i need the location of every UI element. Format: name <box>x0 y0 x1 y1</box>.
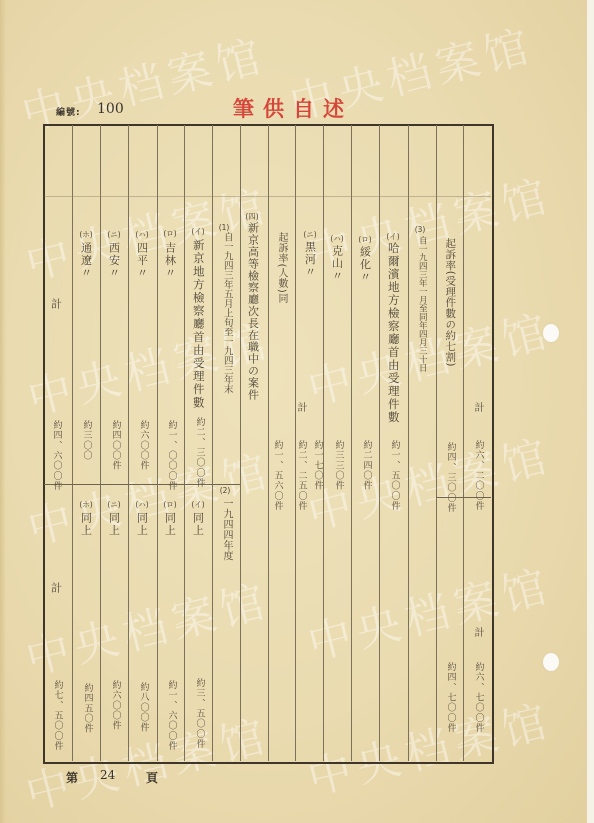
period-1943-may-marker: (1) <box>219 223 230 232</box>
column-line <box>436 125 437 761</box>
harbin-group-total-count: 約二、二五〇件 <box>297 440 306 511</box>
lower-xian-label: 同上 <box>109 512 120 537</box>
upper-total-count: 約四、六〇〇件 <box>52 420 61 491</box>
column-line <box>100 125 101 761</box>
xinjing-high-court-label: 新京高等檢察廳次長在職中の案件 <box>248 222 259 401</box>
upper-heihe-count: 約一七〇件 <box>313 440 322 491</box>
lower-xinjing-count: 約三、五〇〇件 <box>195 678 204 749</box>
period-1943-jan-label: 自一九四三年一月至同年四月三十日 <box>418 236 427 372</box>
upper-jilin-count: 約一、〇〇〇件 <box>167 420 176 491</box>
document-page: 中央档案馆 中央档案馆 中央档案馆 中央档案馆 中央档案馆 中央档案馆 中央档案… <box>0 0 587 823</box>
punch-hole <box>543 324 559 342</box>
lower-tongliao-count: 約四五〇件 <box>83 683 92 734</box>
upper-heihe-label: 黒河〃 <box>305 241 316 279</box>
serial-label: 編號: <box>56 105 81 118</box>
punch-hole <box>543 653 559 671</box>
upper-suihua-marker: (ロ) <box>358 234 371 245</box>
lower-xian-count: 約六〇〇件 <box>111 680 120 731</box>
upper-tongliao-count: 約三〇〇 <box>82 420 91 461</box>
page-number: 24 <box>100 768 115 782</box>
prosecution-rate-count: 約一、五六〇件 <box>273 440 282 511</box>
lower-right-total-count: 約六、七〇〇件 <box>474 662 483 733</box>
upper-keshan-count: 約三三〇件 <box>334 440 343 491</box>
paper-edge <box>0 0 6 823</box>
upper-keshan-label: 克山〃 <box>332 245 343 283</box>
period-1943-may-label: 自一九四三年五月上旬至一九四三年末 <box>222 232 232 394</box>
upper-siping-label: 四平〃 <box>137 242 148 280</box>
upper-right-total-count: 約六、二〇〇件 <box>474 440 483 511</box>
upper-heihe-marker: (ニ) <box>303 229 316 240</box>
upper-suihua-label: 綏化〃 <box>360 246 371 284</box>
lower-xian-marker: (ニ) <box>107 499 120 510</box>
column-line <box>157 125 158 761</box>
document-title: 筆供自述 <box>233 93 353 123</box>
harbin-district-count: 約一、五〇〇件 <box>390 440 399 511</box>
column-line <box>240 125 241 761</box>
lower-right-total-label: 計 <box>472 627 482 639</box>
harbin-district-label: 哈爾濱地方檢察廳首由受理件數 <box>387 242 399 424</box>
upper-jilin-marker: (ロ) <box>163 228 176 239</box>
lower-jilin-marker: (ロ) <box>163 499 176 510</box>
lower-tongliao-marker: (ホ) <box>79 499 92 510</box>
period-1944-marker: (2) <box>220 486 231 495</box>
column-line <box>212 125 213 761</box>
prosecution-rate-70-label: 起訴率(受理件數の約七割) <box>445 238 456 367</box>
column-line <box>351 125 352 761</box>
lower-jilin-count: 約一、六〇〇件 <box>167 680 176 751</box>
xinjing-high-court-marker: (四) <box>245 211 258 222</box>
upper-tongliao-marker: (ホ) <box>79 229 92 240</box>
lower-tongliao-label: 同上 <box>81 512 92 537</box>
period-1943-jan-marker: (3) <box>415 225 426 234</box>
lower-xinjing-label: 同上 <box>193 512 204 537</box>
lower-siping-label: 同上 <box>137 512 148 537</box>
harbin-group-total-label: 計 <box>295 402 305 414</box>
upper-right-total-label: 計 <box>472 402 482 414</box>
lower-siping-marker: (ハ) <box>135 499 148 510</box>
upper-suihua-count: 約二四〇件 <box>362 440 371 491</box>
lower-total-label: 計 <box>51 582 62 595</box>
period-1944-label: 一九四四年度 <box>221 498 231 561</box>
upper-xian-marker: (ニ) <box>107 229 120 240</box>
serial-number: 100 <box>97 101 124 117</box>
upper-total-label: 計 <box>51 298 62 311</box>
lower-prosecution-count: 約四、七〇〇件 <box>446 662 455 733</box>
prosecution-rate-label: 起訴率(人數)同 <box>276 232 286 304</box>
header-row-line <box>44 196 491 197</box>
page-prefix: 第 <box>66 769 78 786</box>
upper-xinjing-district-count: 約二、三〇〇件 <box>195 417 204 488</box>
upper-jilin-label: 吉林〃 <box>165 242 176 280</box>
upper-siping-marker: (ハ) <box>135 229 148 240</box>
upper-keshan-marker: (ハ) <box>330 233 343 244</box>
upper-siping-count: 約六〇〇件 <box>139 420 148 471</box>
column-line <box>268 125 269 761</box>
upper-tongliao-label: 通遼〃 <box>81 242 92 280</box>
column-line <box>463 125 464 761</box>
section-divider-left <box>44 484 240 485</box>
upper-xinjing-district-marker: (イ) <box>191 226 204 237</box>
column-line <box>72 125 73 761</box>
lower-jilin-label: 同上 <box>165 512 176 537</box>
column-line <box>379 125 380 761</box>
upper-xian-label: 西安〃 <box>109 242 120 280</box>
prosecution-rate-70-count: 約四、三〇〇件 <box>446 442 455 513</box>
column-line <box>323 125 324 761</box>
column-line <box>408 125 409 761</box>
upper-xian-count: 約四〇〇件 <box>111 420 120 471</box>
column-line <box>184 125 185 761</box>
lower-total-count: 約七、五〇〇件 <box>53 680 62 751</box>
lower-siping-count: 約八〇〇件 <box>139 682 148 733</box>
upper-xinjing-district-label: 新京地方檢察廳首由受理件數 <box>192 239 204 409</box>
lower-xinjing-marker: (イ) <box>191 499 204 510</box>
column-line <box>128 125 129 761</box>
harbin-district-marker: (イ) <box>386 231 399 242</box>
page-suffix: 頁 <box>146 769 158 786</box>
